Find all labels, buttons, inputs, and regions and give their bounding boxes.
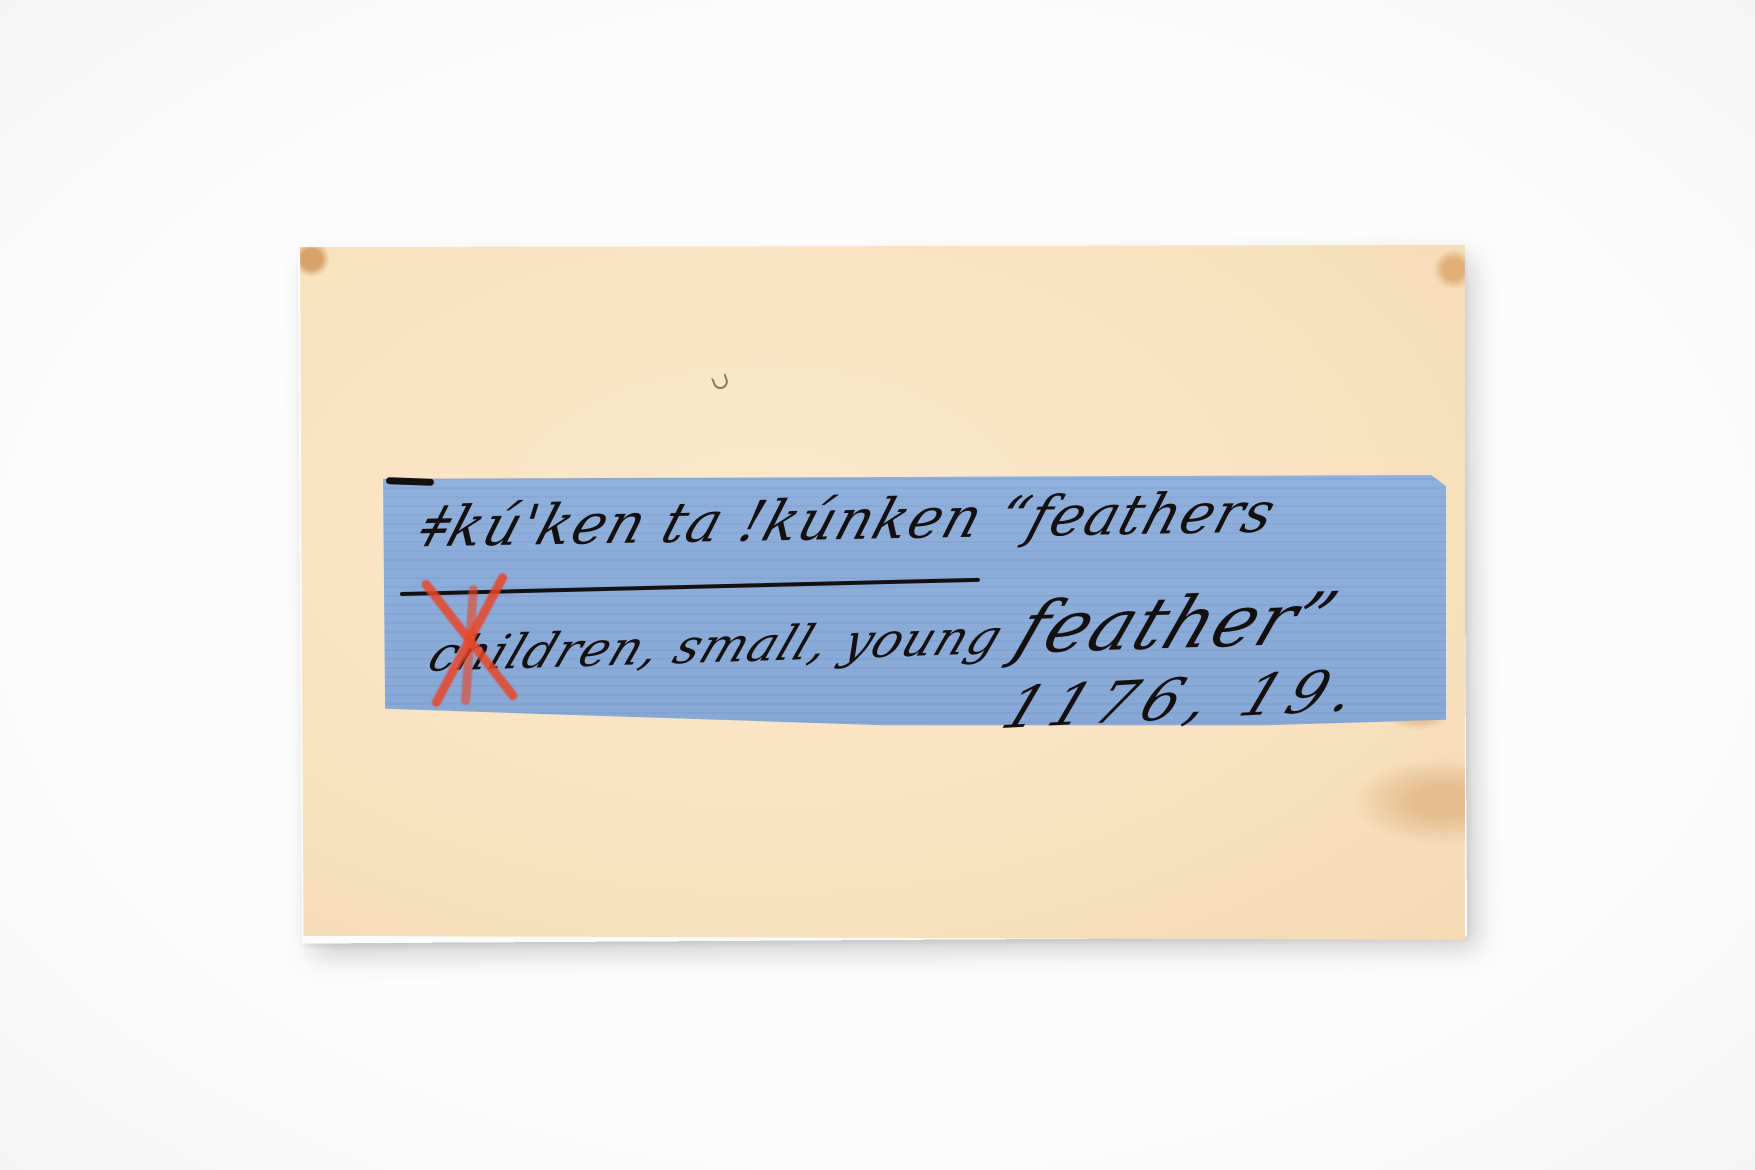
red-cross-mark-icon [395, 565, 545, 715]
note-line-2-emphasis: feather” [1005, 576, 1349, 670]
